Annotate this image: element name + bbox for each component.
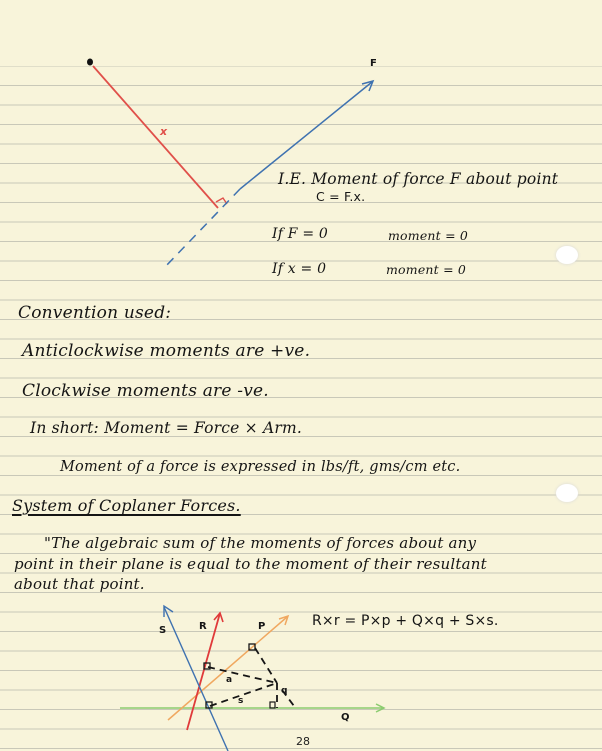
definition-line-2: C = F.x. (316, 189, 365, 204)
statement-line-1: "The algebraic sum of the moments of for… (44, 534, 476, 552)
label-small-s: s (238, 696, 243, 706)
convention-line-anticlockwise: Anticlockwise moments are +ve. (22, 341, 310, 361)
page-number: 28 (296, 735, 310, 748)
label-arm-x: x (160, 125, 167, 138)
case-1-condition: If F = 0 (272, 226, 328, 242)
statement-line-2: point in their plane is equal to the mom… (14, 555, 487, 573)
case-1-result: moment = 0 (388, 228, 468, 243)
label-s: S (159, 625, 166, 636)
right-angle-marker (216, 198, 227, 204)
convention-line-clockwise: Clockwise moments are -ve. (22, 381, 269, 401)
point-o-marker (87, 59, 93, 66)
statement-line-3: about that point. (14, 575, 145, 593)
label-small-a: a (226, 675, 232, 685)
convention-line-short: In short: Moment = Force × Arm. (30, 419, 302, 437)
case-2-result: moment = 0 (386, 262, 466, 277)
notebook-page: O F x I.E. Moment of force F about point… (0, 0, 602, 751)
label-p: P (258, 621, 265, 632)
label-r: R (199, 621, 207, 632)
arm-line-x (93, 66, 218, 208)
definition-line-1: I.E. Moment of force F about point (278, 170, 558, 188)
units-note: Moment of a force is expressed in lbs/ft… (60, 459, 460, 475)
label-q: Q (341, 712, 350, 723)
right-angle-q (270, 702, 275, 708)
convention-heading: Convention used: (18, 303, 171, 323)
force-p-line (168, 617, 287, 720)
coplanar-heading: System of Coplaner Forces. (12, 496, 241, 515)
case-2-condition: If x = 0 (272, 261, 326, 277)
force-line-extension (164, 189, 240, 268)
label-small-q: q (281, 686, 287, 696)
moment-diagram (87, 59, 373, 269)
perp-s-dashed (210, 683, 277, 706)
perp-r-dashed (208, 667, 277, 683)
diagrams-layer (0, 0, 602, 751)
label-force-f: F (370, 58, 377, 69)
moment-equation: R×r = P×p + Q×q + S×s. (312, 613, 499, 629)
force-s-line (164, 607, 228, 751)
